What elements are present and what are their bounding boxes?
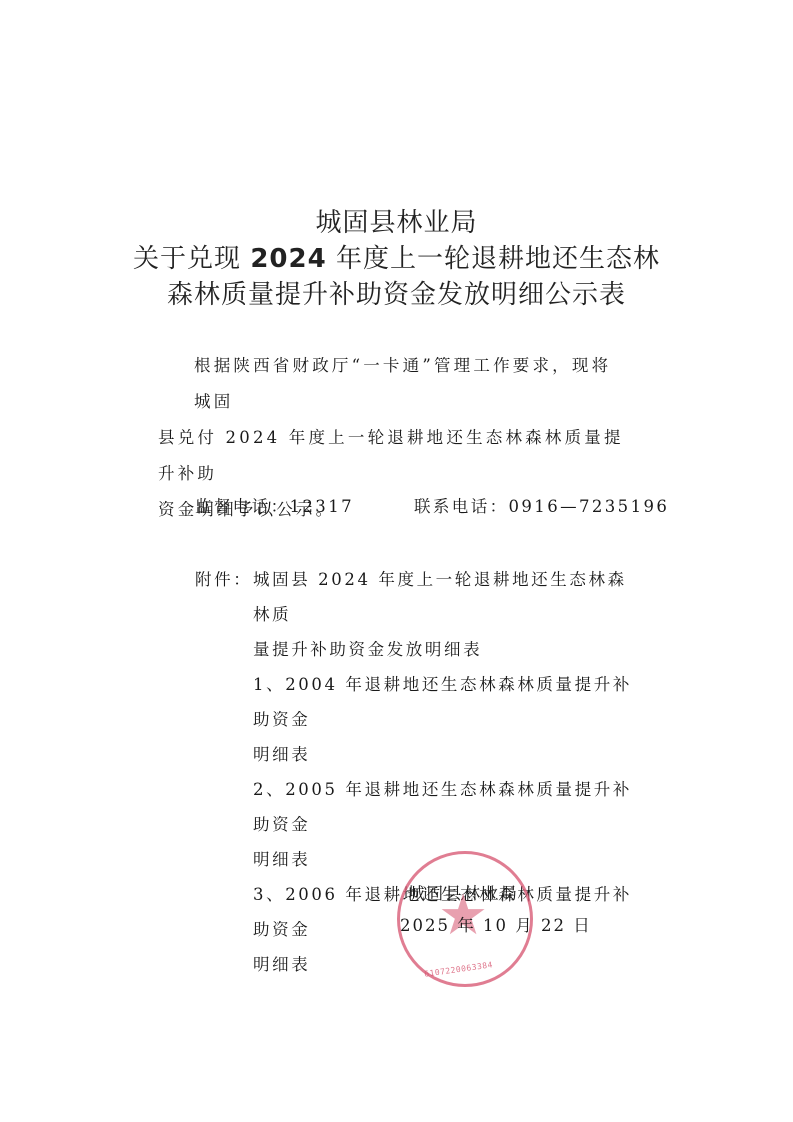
attachment-label: 附件： bbox=[195, 562, 253, 632]
attachment-item-1: 1、2004 年退耕地还生态林森林质量提升补助资金 bbox=[195, 667, 633, 737]
signature-date: 2025 年 10 月 22 日 bbox=[400, 910, 592, 942]
document-page: 城固县林业局 关于兑现 2024 年度上一轮退耕地还生态林 森林质量提升补助资金… bbox=[0, 0, 793, 1122]
contact-phone: 联系电话：0916—7235196 bbox=[414, 493, 669, 517]
body-line-1: 根据陕西省财政厅“一卡通”管理工作要求，现将城固 bbox=[158, 348, 628, 420]
document-title: 城固县林业局 关于兑现 2024 年度上一轮退耕地还生态林 森林质量提升补助资金… bbox=[0, 205, 793, 313]
signature-block: 城固县林业局 2025 年 10 月 22 日 bbox=[400, 878, 592, 942]
attachment-main: 附件： 城固县 2024 年度上一轮退耕地还生态林森林质 bbox=[195, 562, 645, 632]
body-line-2: 县兑付 2024 年度上一轮退耕地还生态林森林质量提升补助 bbox=[158, 420, 628, 492]
title-line-2: 关于兑现 2024 年度上一轮退耕地还生态林 bbox=[0, 241, 793, 277]
supervise-phone: 监督电话：12317 bbox=[195, 493, 354, 517]
title-line-3: 森林质量提升补助资金发放明细公示表 bbox=[0, 277, 793, 313]
attachment-item-2: 2、2005 年退耕地还生态林森林质量提升补助资金 bbox=[195, 772, 633, 842]
title-line-1: 城固县林业局 bbox=[0, 205, 793, 241]
contact-info: 监督电话：12317 联系电话：0916—7235196 bbox=[195, 493, 669, 517]
signature-org: 城固县林业局 bbox=[400, 878, 592, 910]
